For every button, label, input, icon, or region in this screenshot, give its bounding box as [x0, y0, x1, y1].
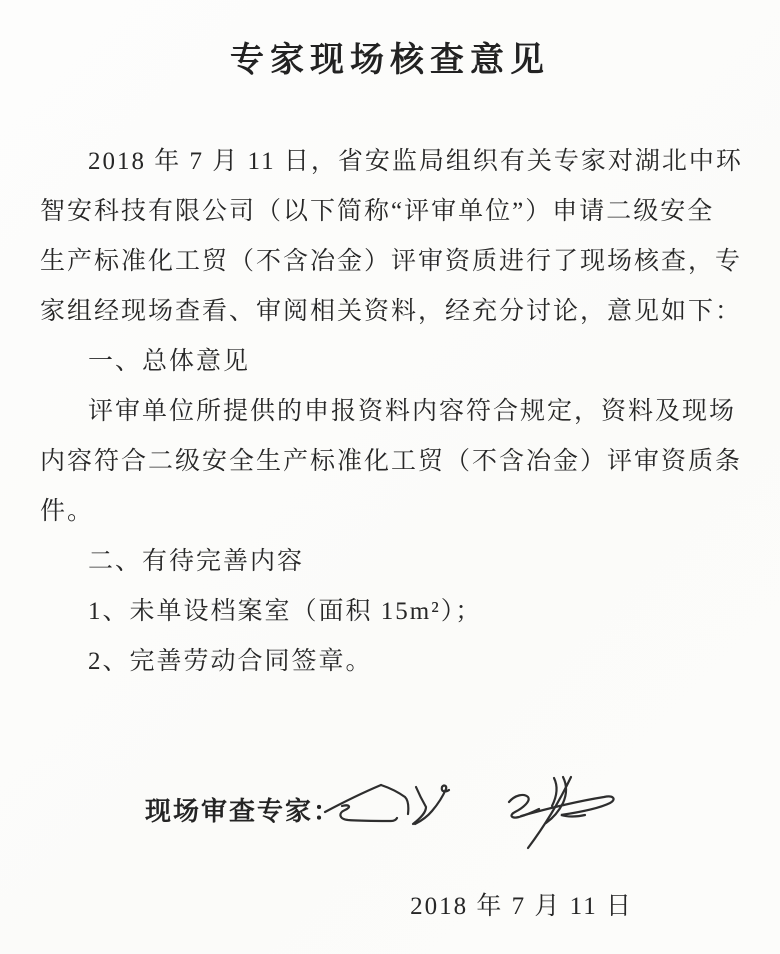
body-line: 评审单位所提供的申报资料内容符合规定，资料及现场	[40, 387, 750, 437]
body-line: 件。	[40, 487, 750, 537]
section-heading-2: 二、有待完善内容	[40, 537, 750, 587]
list-item-1: 1、未单设档案室（面积 15m²）；	[40, 587, 750, 637]
handwritten-signature-1-icon	[322, 778, 456, 830]
handwritten-signature-2-icon	[501, 772, 619, 852]
document-title: 专家现场核查意见	[0, 42, 780, 80]
body-line: 生产标准化工贸（不含冶金）评审资质进行了现场核查，专	[40, 237, 750, 287]
scanned-document-page: 专家现场核查意见 2018 年 7 月 11 日，省安监局组织有关专家对湖北中环…	[0, 0, 780, 954]
list-item-2: 2、完善劳动合同签章。	[40, 637, 750, 687]
section-heading-1: 一、总体意见	[40, 337, 750, 387]
body-line: 家组经现场查看、审阅相关资料，经充分讨论，意见如下：	[40, 287, 750, 337]
document-date: 2018 年 7 月 11 日	[410, 886, 633, 922]
body-line: 智安科技有限公司（以下简称“评审单位”）申请二级安全	[40, 187, 750, 237]
body-line: 2018 年 7 月 11 日，省安监局组织有关专家对湖北中环	[40, 137, 750, 187]
signature-label: 现场审查专家：	[145, 791, 341, 828]
body-line: 内容符合二级安全生产标准化工贸（不含冶金）评审资质条	[40, 437, 750, 487]
document-body: 2018 年 7 月 11 日，省安监局组织有关专家对湖北中环 智安科技有限公司…	[40, 137, 750, 687]
